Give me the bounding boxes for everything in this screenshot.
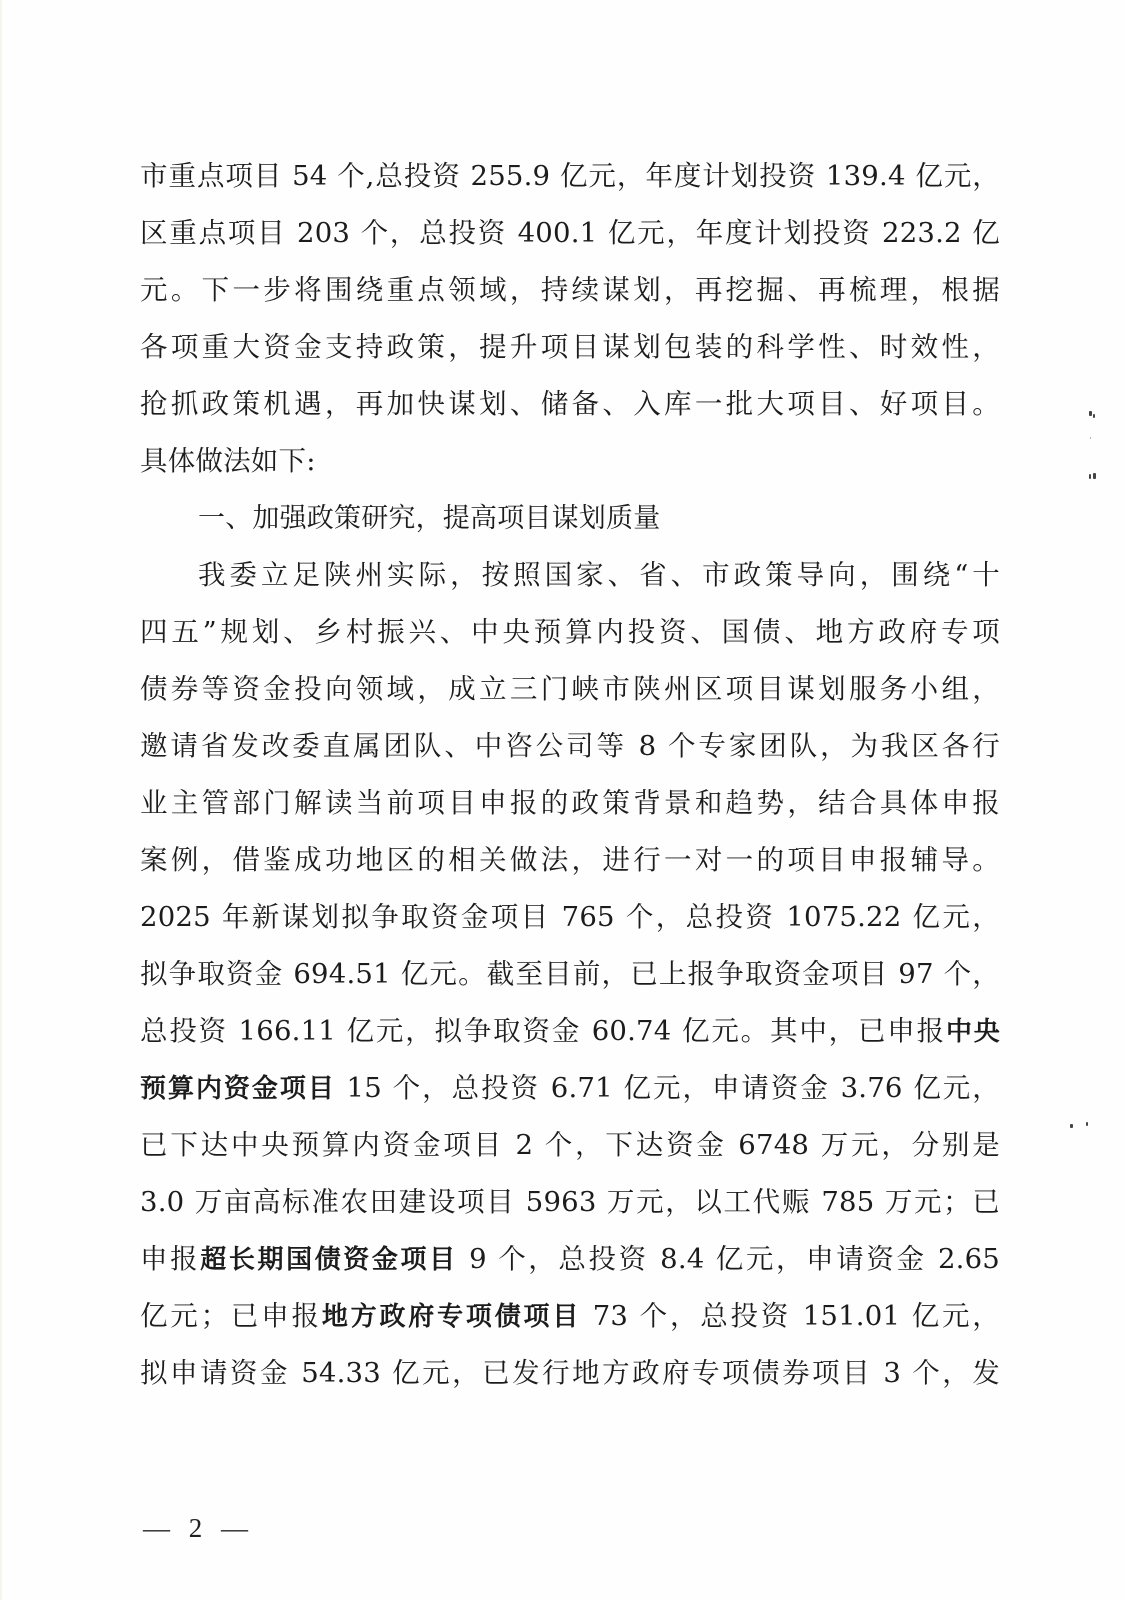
text-line: 抢抓政策机遇，再加快谋划、储备、入库一批大项目、好项目。	[140, 376, 1000, 433]
text-line: 债券等资金投向领域，成立三门峡市陕州区项目谋划服务小组，	[140, 661, 1000, 718]
text-run: 9 个，总投资 8.4 亿元，申请资金 2.65	[458, 1243, 1000, 1275]
text-run: 15 个，总投资 6.71 亿元，申请资金 3.76 亿元，	[336, 1072, 1000, 1104]
scan-artifact	[1089, 411, 1092, 416]
text-line: 案例，借鉴成功地区的相关做法，进行一对一的项目申报辅导。	[140, 832, 1000, 889]
scan-artifact	[1089, 474, 1091, 479]
bold-term-central-budget: 中央	[946, 1017, 1000, 1047]
text-line: 各项重大资金支持政策，提升项目谋划包装的科学性、时效性，	[140, 319, 1000, 376]
text-line: 我委立足陕州实际，按照国家、省、市政策导向，围绕“十	[140, 547, 1000, 604]
text-line: 预算内资金项目 15 个，总投资 6.71 亿元，申请资金 3.76 亿元，	[140, 1060, 1000, 1117]
text-line: 业主管部门解读当前项目申报的政策背景和趋势，结合具体申报	[140, 775, 1000, 832]
text-line: 拟争取资金 694.51 亿元。截至目前，已上报争取资金项目 97 个，	[140, 946, 1000, 1003]
scan-edge-shadow	[0, 0, 3, 1600]
text-run: 73 个，总投资 151.01 亿元，	[581, 1300, 1000, 1332]
text-line: 四五”规划、乡村振兴、中央预算内投资、国债、地方政府专项	[140, 604, 1000, 661]
text-line: 总投资 166.11 亿元，拟争取资金 60.74 亿元。其中，已申报中央	[140, 1003, 1000, 1060]
text-line: 区重点项目 203 个，总投资 400.1 亿元，年度计划投资 223.2 亿	[140, 205, 1000, 262]
text-run: 总投资 166.11 亿元，拟争取资金 60.74 亿元。其中，已申报	[140, 1015, 946, 1047]
text-line: 已下达中央预算内资金项目 2 个，下达资金 6748 万元，分别是	[140, 1117, 1000, 1174]
text-line: 邀请省发改委直属团队、中咨公司等 8 个专家团队，为我区各行	[140, 718, 1000, 775]
text-line: 3.0 万亩高标准农田建设项目 5963 万元，以工代赈 785 万元；已	[140, 1174, 1000, 1231]
text-run: 亿元；已申报	[140, 1300, 322, 1332]
text-line: 2025 年新谋划拟争取资金项目 765 个，总投资 1075.22 亿元，	[140, 889, 1000, 946]
document-body: 市重点项目 54 个,总投资 255.9 亿元，年度计划投资 139.4 亿元，…	[140, 148, 1000, 1402]
text-line: 亿元；已申报地方政府专项债项目 73 个，总投资 151.01 亿元，	[140, 1288, 1000, 1345]
bold-term-ultra-long-bonds: 超长期国债资金项目	[200, 1245, 458, 1275]
text-line: 拟申请资金 54.33 亿元，已发行地方政府专项债券项目 3 个，发	[140, 1345, 1000, 1402]
text-line: 元。下一步将围绕重点领域，持续谋划，再挖掘、再梳理，根据	[140, 262, 1000, 319]
bold-term-special-bonds: 地方政府专项债项目	[322, 1302, 581, 1332]
scan-artifact	[1093, 414, 1095, 418]
text-line: 具体做法如下:	[140, 433, 1000, 490]
scan-artifact	[1070, 1124, 1073, 1128]
scan-artifact	[1086, 1122, 1088, 1126]
bold-term-central-budget: 预算内资金项目	[140, 1074, 336, 1104]
text-run: 申报	[140, 1243, 200, 1275]
scan-artifact	[1093, 473, 1096, 479]
document-page: 市重点项目 54 个,总投资 255.9 亿元，年度计划投资 139.4 亿元，…	[0, 0, 1124, 1600]
text-line: 市重点项目 54 个,总投资 255.9 亿元，年度计划投资 139.4 亿元，	[140, 148, 1000, 205]
scan-artifact	[1090, 437, 1091, 439]
text-line: 申报超长期国债资金项目 9 个，总投资 8.4 亿元，申请资金 2.65	[140, 1231, 1000, 1288]
page-number: — 2 —	[143, 1513, 254, 1544]
section-heading: 一、加强政策研究，提高项目谋划质量	[140, 490, 1000, 547]
